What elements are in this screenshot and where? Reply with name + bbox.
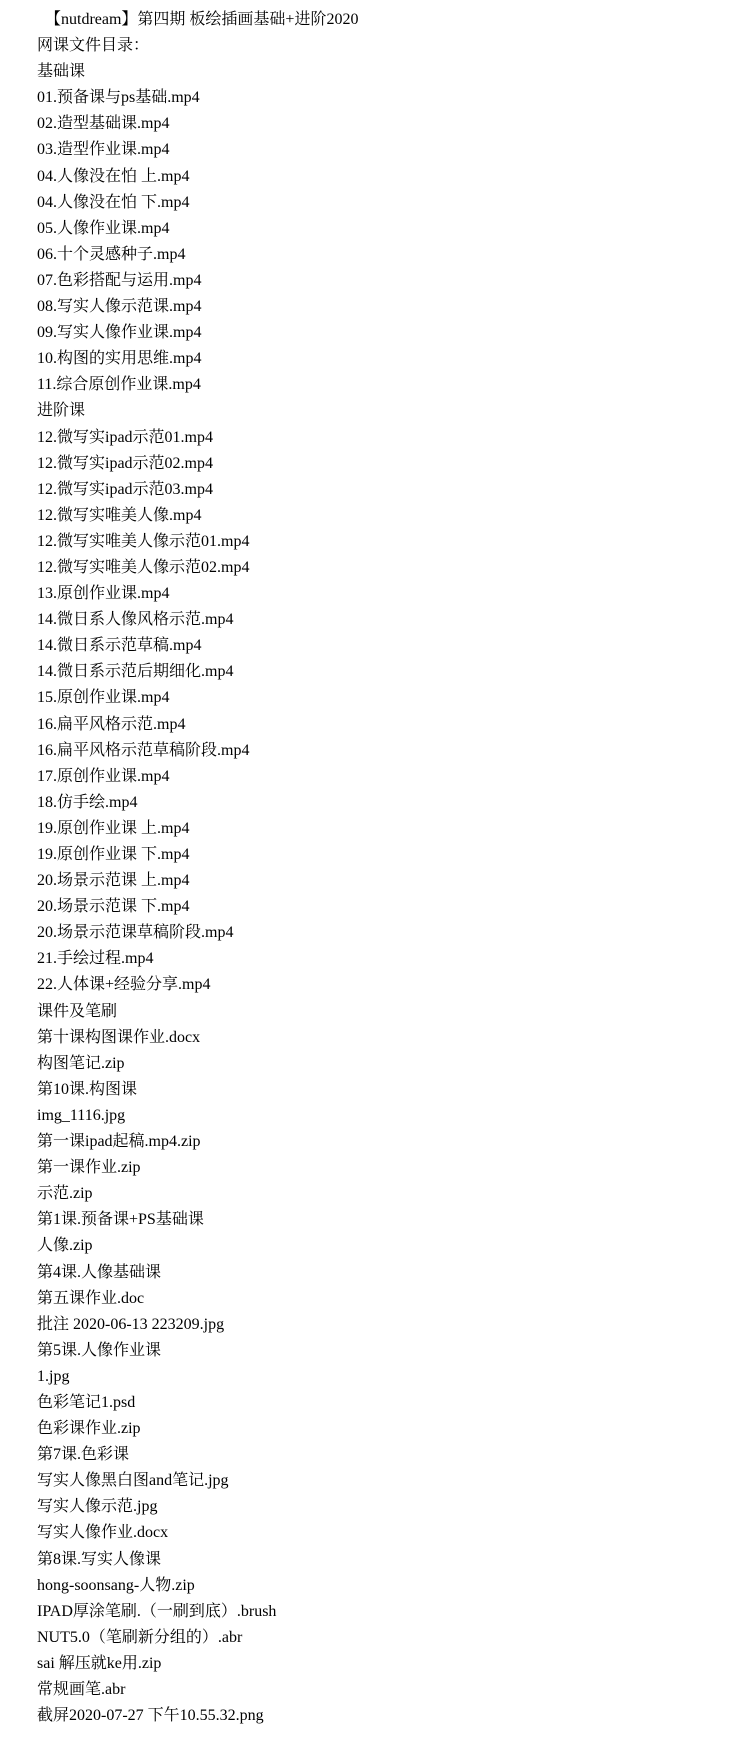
- file-list-item: 02.造型基础课.mp4: [37, 111, 737, 137]
- section-heading: 基础课: [37, 59, 737, 85]
- file-list-item: sai 解压就ke用.zip: [37, 1651, 737, 1677]
- file-list-item: 常规画笔.abr: [37, 1677, 737, 1703]
- file-list-item: 05.人像作业课.mp4: [37, 216, 737, 242]
- section-heading: 课件及笔刷: [37, 999, 737, 1025]
- file-list-item: 14.微日系人像风格示范.mp4: [37, 607, 737, 633]
- file-list-item: 12.微写实唯美人像.mp4: [37, 503, 737, 529]
- file-list-item: IPAD厚涂笔刷.（一刷到底）.brush: [37, 1599, 737, 1625]
- file-list-item: 第1课.预备课+PS基础课: [37, 1207, 737, 1233]
- file-list-item: 03.造型作业课.mp4: [37, 137, 737, 163]
- file-list-item: 15.原创作业课.mp4: [37, 685, 737, 711]
- file-list-item: 示范.zip: [37, 1181, 737, 1207]
- file-list-item: 22.人体课+经验分享.mp4: [37, 972, 737, 998]
- file-list-item: 人像.zip: [37, 1233, 737, 1259]
- file-list-item: 写实人像示范.jpg: [37, 1494, 737, 1520]
- section-heading: 进阶课: [37, 398, 737, 424]
- file-list-item: 04.人像没在怕 上.mp4: [37, 164, 737, 190]
- file-list-item: 12.微写实ipad示范03.mp4: [37, 477, 737, 503]
- file-list-item: 第4课.人像基础课: [37, 1260, 737, 1286]
- file-list-item: 第一课ipad起稿.mp4.zip: [37, 1129, 737, 1155]
- section-basic-course: 基础课01.预备课与ps基础.mp402.造型基础课.mp403.造型作业课.m…: [37, 59, 737, 398]
- file-list-item: hong-soonsang-人物.zip: [37, 1573, 737, 1599]
- file-list-item: 14.微日系示范草稿.mp4: [37, 633, 737, 659]
- file-list-item: 06.十个灵感种子.mp4: [37, 242, 737, 268]
- file-list-item: 构图笔记.zip: [37, 1051, 737, 1077]
- file-list-item: 08.写实人像示范课.mp4: [37, 294, 737, 320]
- file-list-item: 17.原创作业课.mp4: [37, 764, 737, 790]
- file-list-item: 第五课作业.doc: [37, 1286, 737, 1312]
- file-list-item: 第5课.人像作业课: [37, 1338, 737, 1364]
- file-list-item: 1.jpg: [37, 1364, 737, 1390]
- file-list-item: 12.微写实唯美人像示范02.mp4: [37, 555, 737, 581]
- file-list-item: 12.微写实ipad示范01.mp4: [37, 425, 737, 451]
- file-list-item: 12.微写实ipad示范02.mp4: [37, 451, 737, 477]
- file-list-item: 14.微日系示范后期细化.mp4: [37, 659, 737, 685]
- file-list-item: 01.预备课与ps基础.mp4: [37, 85, 737, 111]
- file-list-item: 色彩笔记1.psd: [37, 1390, 737, 1416]
- file-list-item: 第8课.写实人像课: [37, 1547, 737, 1573]
- file-list-item: 04.人像没在怕 下.mp4: [37, 190, 737, 216]
- file-list-item: NUT5.0（笔刷新分组的）.abr: [37, 1625, 737, 1651]
- section-advanced-course: 进阶课12.微写实ipad示范01.mp412.微写实ipad示范02.mp41…: [37, 398, 737, 998]
- file-list-item: 13.原创作业课.mp4: [37, 581, 737, 607]
- file-list-item: 09.写实人像作业课.mp4: [37, 320, 737, 346]
- file-list-item: 色彩课作业.zip: [37, 1416, 737, 1442]
- document-body: 【nutdream】第四期 板绘插画基础+进阶2020 网课文件目录： 基础课0…: [37, 7, 737, 1729]
- file-list-item: 16.扁平风格示范.mp4: [37, 712, 737, 738]
- file-list-item: 10.构图的实用思维.mp4: [37, 346, 737, 372]
- sections-container: 基础课01.预备课与ps基础.mp402.造型基础课.mp403.造型作业课.m…: [37, 59, 737, 1729]
- file-list-item: 20.场景示范课 上.mp4: [37, 868, 737, 894]
- file-list-item: 写实人像黑白图and笔记.jpg: [37, 1468, 737, 1494]
- section-materials-and-brushes: 课件及笔刷第十课构图课作业.docx构图笔记.zip第10课.构图课img_11…: [37, 999, 737, 1730]
- file-list-item: img_1116.jpg: [37, 1103, 737, 1129]
- file-list-item: 19.原创作业课 下.mp4: [37, 842, 737, 868]
- file-list-item: 第10课.构图课: [37, 1077, 737, 1103]
- file-list-item: 批注 2020-06-13 223209.jpg: [37, 1312, 737, 1338]
- file-list-item: 16.扁平风格示范草稿阶段.mp4: [37, 738, 737, 764]
- file-list-item: 20.场景示范课 下.mp4: [37, 894, 737, 920]
- file-list-item: 21.手绘过程.mp4: [37, 946, 737, 972]
- document-title: 【nutdream】第四期 板绘插画基础+进阶2020: [37, 7, 737, 33]
- file-list-item: 12.微写实唯美人像示范01.mp4: [37, 529, 737, 555]
- file-list-item: 第一课作业.zip: [37, 1155, 737, 1181]
- file-list-item: 第十课构图课作业.docx: [37, 1025, 737, 1051]
- file-list-item: 写实人像作业.docx: [37, 1520, 737, 1546]
- file-list-item: 11.综合原创作业课.mp4: [37, 372, 737, 398]
- file-list-item: 截屏2020-07-27 下午10.55.32.png: [37, 1703, 737, 1729]
- file-list-item: 20.场景示范课草稿阶段.mp4: [37, 920, 737, 946]
- file-list-item: 18.仿手绘.mp4: [37, 790, 737, 816]
- file-list-item: 07.色彩搭配与运用.mp4: [37, 268, 737, 294]
- file-list-item: 19.原创作业课 上.mp4: [37, 816, 737, 842]
- document-subtitle: 网课文件目录：: [37, 33, 737, 59]
- file-list-item: 第7课.色彩课: [37, 1442, 737, 1468]
